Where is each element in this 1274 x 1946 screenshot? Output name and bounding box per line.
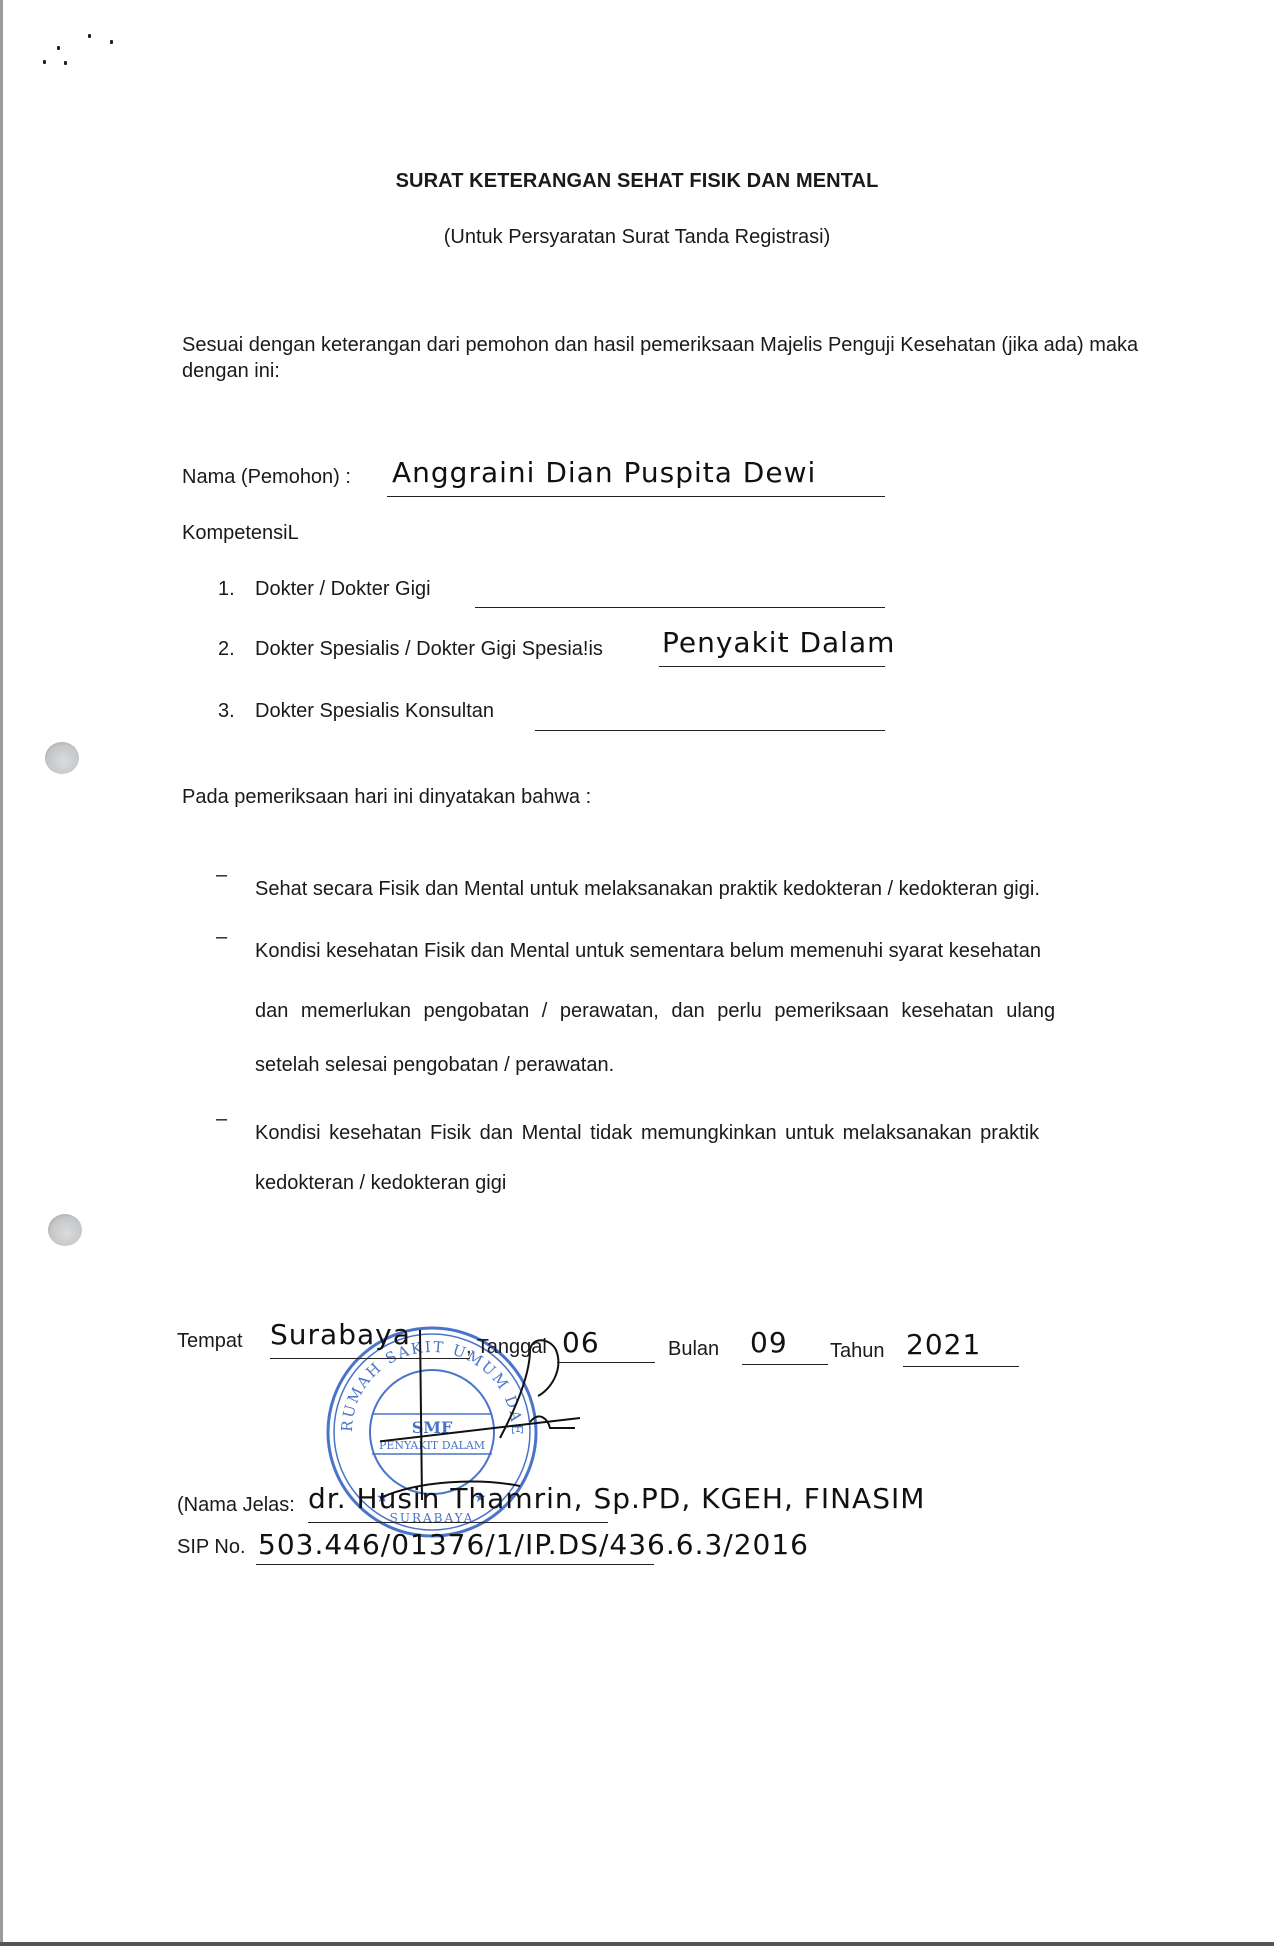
- competency-underline-2: [659, 666, 885, 667]
- statement-2-line-3: setelah selesai pengobatan / perawatan.: [255, 1054, 614, 1077]
- sip-label: SIP No.: [177, 1536, 246, 1559]
- place-underline: [270, 1358, 470, 1359]
- competency-number-3: 3.: [218, 700, 235, 723]
- scan-speck: [88, 34, 91, 38]
- statement-dash-3: –: [216, 1108, 227, 1131]
- statement-3-line-1: Kondisi kesehatan Fisik dan Mental tidak…: [255, 1122, 1039, 1145]
- year-label: Tahun: [830, 1340, 885, 1363]
- scan-speck: [43, 60, 46, 64]
- year-field[interactable]: 2021: [906, 1328, 981, 1361]
- document-title: SURAT KETERANGAN SEHAT FISIK DAN MENTAL: [0, 170, 1274, 193]
- competency-field-2[interactable]: Penyakit Dalam: [662, 626, 895, 659]
- intro-paragraph: Sesuai dengan keterangan dari pemohon da…: [182, 332, 1162, 384]
- date-label: , Tanggal: [466, 1336, 547, 1359]
- statement-dash-1: –: [216, 864, 227, 887]
- scan-edge-bottom: [0, 1942, 1274, 1946]
- statement-3-line-2: kedokteran / kedokteran gigi: [255, 1172, 506, 1195]
- statement-2-line-2: dan memerlukan pengobatan / perawatan, d…: [255, 1000, 1055, 1023]
- applicant-name-field[interactable]: Anggraini Dian Puspita Dewi: [392, 456, 816, 489]
- date-underline: [557, 1362, 655, 1363]
- applicant-label: Nama (Pemohon) :: [182, 466, 351, 489]
- competency-number-1: 1.: [218, 578, 235, 601]
- statement-1-line-1: Sehat secara Fisik dan Mental untuk mela…: [255, 878, 1040, 901]
- competency-number-2: 2.: [218, 638, 235, 661]
- scan-speck: [64, 61, 67, 65]
- date-field[interactable]: 06: [562, 1326, 600, 1359]
- competency-label-2: Dokter Spesialis / Dokter Gigi Spesia!is: [255, 638, 603, 661]
- doctor-name-label: (Nama Jelas:: [177, 1494, 295, 1517]
- statement-2-line-1: Kondisi kesehatan Fisik dan Mental untuk…: [255, 940, 1041, 963]
- year-underline: [903, 1366, 1019, 1367]
- competency-field-3[interactable]: [535, 730, 885, 731]
- punch-hole: [48, 1214, 82, 1246]
- competency-label: KompetensiL: [182, 522, 299, 545]
- statement-intro: Pada pemeriksaan hari ini dinyatakan bah…: [182, 786, 591, 809]
- sip-underline: [256, 1564, 654, 1565]
- month-field[interactable]: 09: [750, 1326, 788, 1359]
- punch-hole: [45, 742, 79, 774]
- scan-speck: [57, 46, 60, 50]
- competency-field-1[interactable]: [475, 607, 885, 608]
- doctor-name-field[interactable]: dr. Husin Thamrin, Sp.PD, KGEH, FINASIM: [308, 1482, 925, 1515]
- doctor-name-underline: [308, 1522, 608, 1523]
- month-label: Bulan: [668, 1338, 719, 1361]
- statement-dash-2: –: [216, 926, 227, 949]
- competency-label-3: Dokter Spesialis Konsultan: [255, 700, 494, 723]
- place-field[interactable]: Surabaya: [270, 1318, 411, 1351]
- sip-field[interactable]: 503.446/01376/1/IP.DS/436.6.3/2016: [258, 1528, 809, 1561]
- scan-edge-left: [0, 0, 3, 1946]
- scan-speck: [110, 40, 113, 44]
- place-label: Tempat: [177, 1330, 243, 1353]
- applicant-underline: [387, 496, 885, 497]
- competency-label-1: Dokter / Dokter Gigi: [255, 578, 431, 601]
- document-subtitle: (Untuk Persyaratan Surat Tanda Registras…: [0, 226, 1274, 249]
- month-underline: [742, 1364, 828, 1365]
